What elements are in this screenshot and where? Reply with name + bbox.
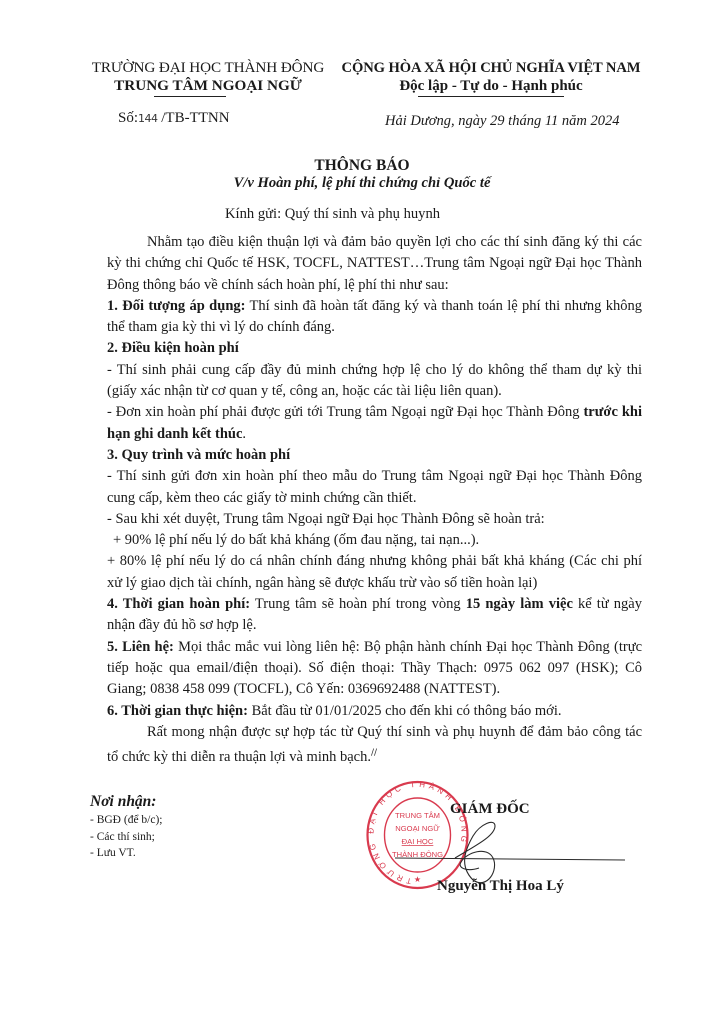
place-date: Hải Dương, ngày 29 tháng 11 năm 2024	[385, 113, 619, 130]
closing-paragraph: Rất mong nhận được sự hợp tác từ Quý thí…	[107, 722, 642, 768]
section-2-item-1: - Thí sinh phải cung cấp đầy đủ minh chứ…	[107, 360, 642, 403]
intro-paragraph: Nhằm tạo điều kiện thuận lợi và đảm bảo …	[107, 232, 642, 296]
document-subtitle: V/v Hoàn phí, lệ phí thi chứng chỉ Quốc …	[0, 175, 724, 192]
section-5-heading: 5. Liên hệ:	[107, 639, 174, 655]
doc-number-handwritten: 144	[138, 112, 158, 125]
section-3-item-1: - Thí sinh gửi đơn xin hoàn phí theo mẫu…	[107, 466, 642, 509]
doc-number-code: /TB-TTNN	[158, 110, 230, 126]
issuer-header: TRƯỜNG ĐẠI HỌC THÀNH ĐÔNG TRUNG TÂM NGOẠ…	[88, 59, 328, 95]
section-4-bold: 15 ngày làm việc	[466, 596, 573, 612]
section-3-heading: 3. Quy trình và mức hoàn phí	[107, 445, 642, 466]
section-1: 1. Đối tượng áp dụng: Thí sinh đã hoàn t…	[107, 296, 642, 339]
section-3-item-2: - Sau khi xét duyệt, Trung tâm Ngoại ngữ…	[107, 509, 642, 530]
section-6-heading: 6. Thời gian thực hiện:	[107, 703, 248, 719]
section-2-item-2-text: - Đơn xin hoàn phí phải được gửi tới Tru…	[107, 404, 583, 420]
salutation: Kính gửi: Quý thí sinh và phụ huynh	[225, 206, 440, 223]
document-page: TRƯỜNG ĐẠI HỌC THÀNH ĐÔNG TRUNG TÂM NGOẠ…	[0, 0, 724, 1024]
recipient-item: - BGĐ (để b/c);	[90, 812, 163, 829]
issuer-center: TRUNG TÂM NGOẠI NGỮ	[88, 77, 328, 95]
section-4-heading: 4. Thời gian hoàn phí:	[107, 596, 250, 612]
national-header: CỘNG HÒA XÃ HỘI CHỦ NGHĨA VIỆT NAM Độc l…	[336, 59, 646, 95]
signer-title: GIÁM ĐỐC	[450, 801, 530, 818]
section-4-text-1: Trung tâm sẽ hoàn phí trong vòng	[250, 596, 466, 612]
recipient-item: - Các thí sinh;	[90, 829, 163, 846]
section-4: 4. Thời gian hoàn phí: Trung tâm sẽ hoàn…	[107, 594, 642, 637]
section-2-item-2: - Đơn xin hoàn phí phải được gửi tới Tru…	[107, 402, 642, 445]
refund-rate-80: + 80% lệ phí nếu lý do cá nhân chính đán…	[107, 551, 642, 594]
national-title: CỘNG HÒA XÃ HỘI CHỦ NGHĨA VIỆT NAM	[336, 59, 646, 77]
section-1-heading: 1. Đối tượng áp dụng:	[107, 298, 245, 314]
handwritten-initial: //	[371, 748, 377, 758]
recipients-block: Nơi nhận: - BGĐ (để b/c); - Các thí sinh…	[90, 792, 163, 862]
motto-underline	[418, 96, 564, 97]
closing-text: Rất mong nhận được sự hợp tác từ Quý thí…	[107, 724, 642, 765]
section-2-heading: 2. Điều kiện hoàn phí	[107, 338, 642, 359]
section-6-text: Bắt đầu từ 01/01/2025 cho đến khi có thô…	[248, 703, 562, 719]
doc-number-label: Số:	[118, 110, 138, 126]
national-motto: Độc lập - Tự do - Hạnh phúc	[336, 77, 646, 95]
section-6: 6. Thời gian thực hiện: Bắt đầu từ 01/01…	[107, 701, 642, 722]
section-5-text: Mọi thắc mắc vui lòng liên hệ: Bộ phận h…	[107, 639, 642, 698]
document-body: Nhằm tạo điều kiện thuận lợi và đảm bảo …	[107, 232, 642, 768]
refund-rate-90: + 90% lệ phí nếu lý do bất khả kháng (ốm…	[107, 530, 642, 551]
section-5: 5. Liên hệ: Mọi thắc mắc vui lòng liên h…	[107, 637, 642, 701]
issuer-underline	[154, 96, 226, 97]
document-number: Số:144 /TB-TTNN	[118, 110, 230, 127]
issuer-university: TRƯỜNG ĐẠI HỌC THÀNH ĐÔNG	[88, 59, 328, 77]
section-2-item-2-end: .	[242, 426, 246, 442]
document-title: THÔNG BÁO	[0, 157, 724, 175]
recipient-item: - Lưu VT.	[90, 845, 163, 862]
recipients-heading: Nơi nhận:	[90, 792, 163, 812]
signer-name: Nguyễn Thị Hoa Lý	[437, 878, 564, 895]
